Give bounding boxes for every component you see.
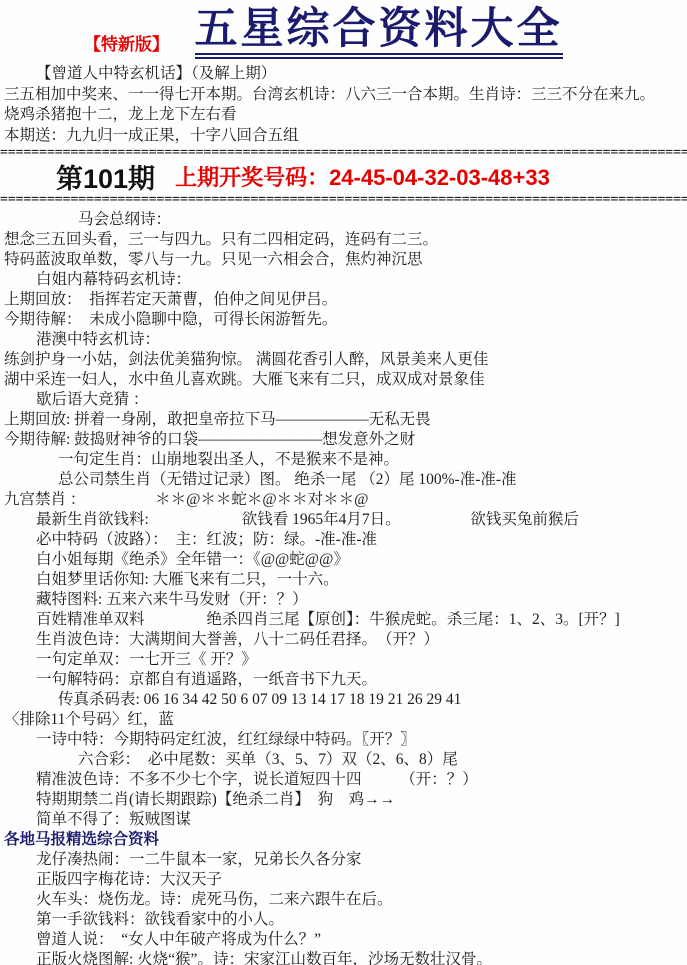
issue-header-row: 第101期 上期开奖号码：24-45-04-32-03-48+33	[0, 159, 687, 193]
edition-badge: 【特新版】	[84, 30, 169, 55]
text-line: 上期回放： 指挥若定天萧曹，伯仲之间见伊吕。	[0, 290, 687, 310]
issue-number: 第101期	[56, 157, 155, 196]
text-line: 藏特图料: 五来六来牛马发财（开：？）	[0, 590, 687, 610]
text-line: 想念三五回头看，三一与四九。只有二四相定码，连码有二三。	[0, 230, 687, 250]
text-line: 生肖波色诗：大满期间大誉善，八十二码任君择。 （开？）	[0, 630, 687, 650]
text-line: 【曾道人中特玄机话】（及解上期）	[0, 64, 687, 85]
text-line: 白小姐每期《绝杀》全年错一：《@@蛇@@》	[0, 550, 687, 570]
lottery-info-page: 【特新版】 五星综合资料大全 【曾道人中特玄机话】（及解上期） 三五相加中奖来、…	[0, 0, 687, 965]
text-line: 〈排除11个号码〉红，蓝	[0, 710, 687, 730]
text-line: 白姐内幕特码玄机诗：	[0, 270, 687, 290]
page-title: 五星综合资料大全	[195, 6, 563, 59]
text-line: 龙仔凑热闹：一二牛鼠本一家，兄弟长久各分家	[0, 850, 687, 870]
text-line: 烧鸡杀猪抱十二，龙上龙下左右看	[0, 105, 687, 126]
text-line: 一句解特码：京都自有逍遥路，一纸音书下九天。	[0, 670, 687, 690]
text-line: 马会总纲诗：	[0, 210, 687, 230]
text-line: 最新生肖欲钱料: 欲钱看 1965年4月7日。 欲钱买兔前猴后	[0, 510, 687, 530]
text-line: 百姓精准单双料 绝杀四肖三尾【原创】：牛猴虎蛇。杀三尾：1、2、3。[开？]	[0, 610, 687, 630]
text-line: 三五相加中奖来、一一得七开本期。台湾玄机诗：八六三一合本期。生肖诗：三三不分在来…	[0, 85, 687, 106]
text-line: 特码蓝波取单数，零八与一九。只见一六相会合，焦灼神沉思	[0, 250, 687, 270]
text-line: 今期待解: 鼓捣财神爷的口袋————————想发意外之财	[0, 430, 687, 450]
text-line: 一句定单双：一七开三《 开？》	[0, 650, 687, 670]
text-line: 一诗中特：今期特码定红波，红红绿绿中特码。〖开？〗	[0, 730, 687, 750]
text-line: 港澳中特玄机诗：	[0, 330, 687, 350]
text-line: 正版四字梅花诗：大汉天子	[0, 870, 687, 890]
text-line: 必中特码（波路）： 主：红波；防：绿。-准-准-准	[0, 530, 687, 550]
intro-section: 【曾道人中特玄机话】（及解上期） 三五相加中奖来、一一得七开本期。台湾玄机诗：八…	[0, 64, 687, 146]
text-line: 简单不得了：叛贼图谋	[0, 810, 687, 830]
text-line: 一句定生肖：山崩地裂出圣人，不是猴来不是神。	[0, 450, 687, 470]
text-line: 今期待解： 未成小隐聊中隐，可得长闲游暂先。	[0, 310, 687, 330]
separator-line: ========================================…	[0, 195, 687, 204]
text-line: 九宫禁肖 ： ＊＊@＊＊蛇＊@＊＊对＊＊@	[0, 490, 687, 510]
body-section: 马会总纲诗： 想念三五回头看，三一与四九。只有二四相定码，连码有二三。 特码蓝波…	[0, 210, 687, 965]
text-line: 白姐梦里话你知: 大雁飞来有二只，一十六。	[0, 570, 687, 590]
last-draw-numbers: 上期开奖号码：24-45-04-32-03-48+33	[175, 161, 550, 192]
text-line: 六合彩： 必中尾数：买单（3、5、7）双（2、6、8）尾	[0, 750, 687, 770]
text-line: 练剑护身一小姑，剑法优美猫狗惊。 满圆花香引人醉，风景美来人更佳	[0, 350, 687, 370]
text-line: 特期期禁二肖(请长期跟踪)【绝杀二肖】 狗 鸡→→	[0, 790, 687, 810]
text-line: 各地马报精选综合资料	[0, 830, 687, 850]
text-line: 传真杀码表: 06 16 34 42 50 6 07 09 13 14 17 1…	[0, 690, 687, 710]
page-header: 【特新版】 五星综合资料大全	[0, 0, 687, 60]
text-line: 歇后语大竞猜 ：	[0, 390, 687, 410]
text-line: 总公司禁生肖（无错过记录）图。 绝杀一尾 （2）尾 100%-准-准-准	[0, 470, 687, 490]
text-line: 火车头：烧伤龙。诗：虎死马伤，二来六跟牛在后。	[0, 890, 687, 910]
text-line: 湖中采连一妇人，水中鱼儿喜欢跳。大雁飞来有二只，成双成对景象佳	[0, 370, 687, 390]
text-line: 第一手欲钱料：欲钱看家中的小人。	[0, 910, 687, 930]
text-line: 曾道人说： “女人中年破产将成为什么？”	[0, 930, 687, 950]
text-line: 上期回放: 拼着一身剐，敢把皇帝拉下马——————无私无畏	[0, 410, 687, 430]
text-line: 本期送：九九归一成正果，十字八回合五组	[0, 126, 687, 147]
text-line: 精准波色诗：不多不少七个字，说长道短四十四 （开：？）	[0, 770, 687, 790]
text-line: 正版火烧图解: 火烧“猴”。诗：宋家江山数百年，沙场无数壮汉骨。	[0, 950, 687, 965]
